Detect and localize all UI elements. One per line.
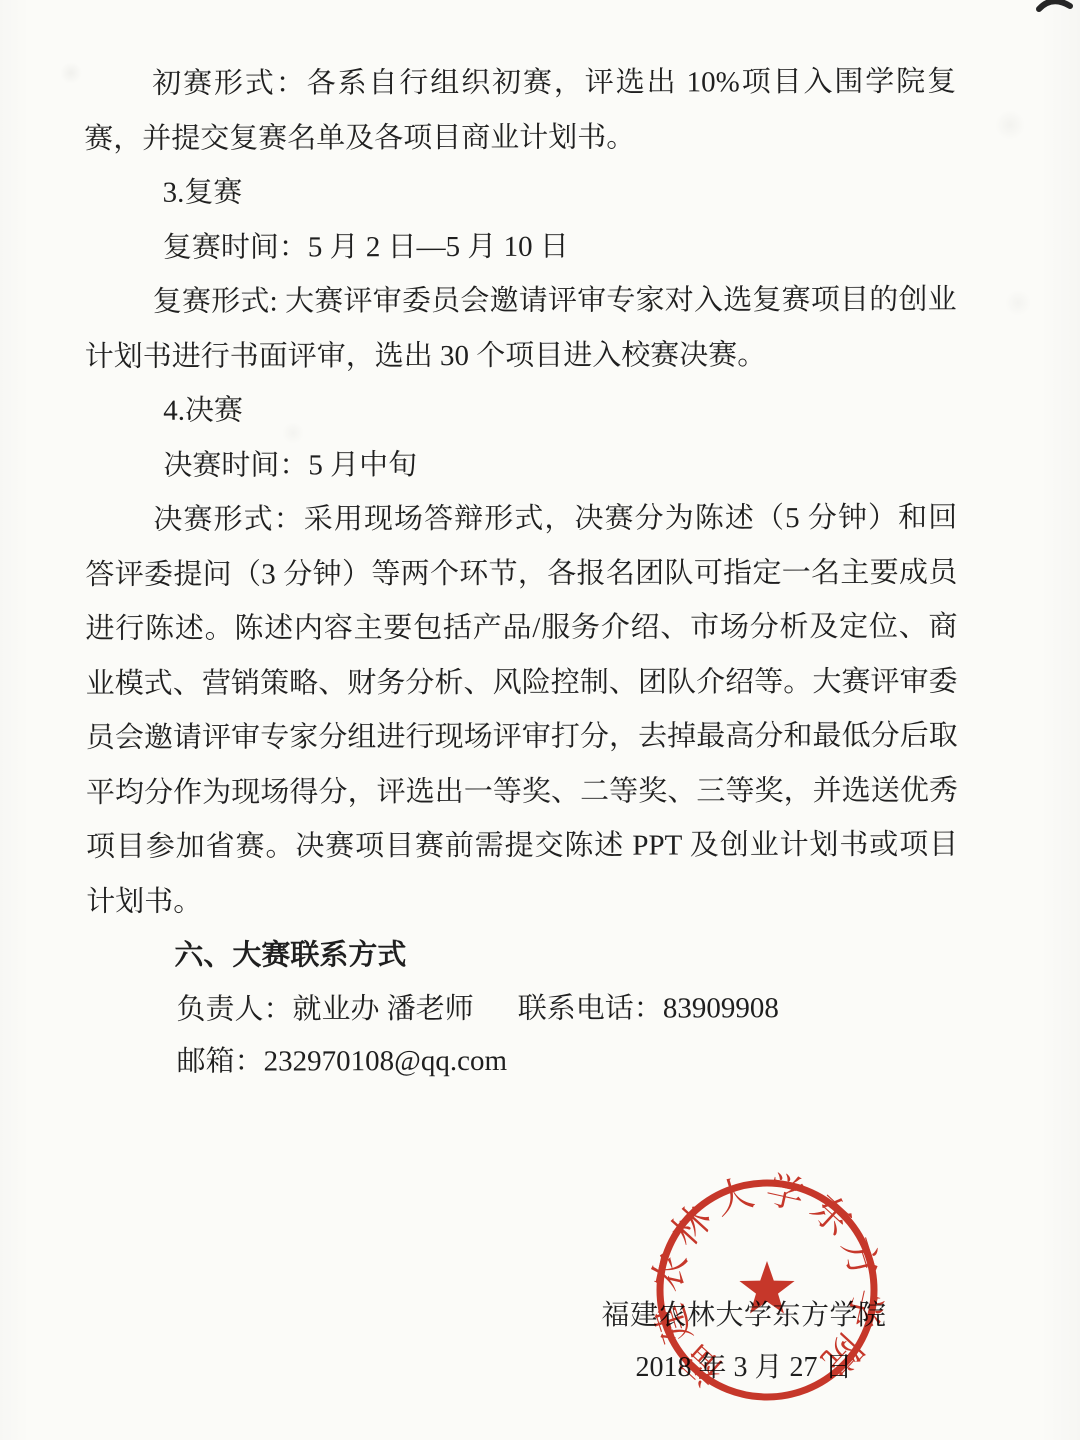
- contact-email-label: 邮箱：: [177, 1046, 264, 1078]
- contact-email-value: 232970108@qq.com: [264, 1045, 507, 1078]
- paragraph-final-title: 4.决赛: [85, 382, 957, 439]
- section-heading-contact: 六、大赛联系方式: [86, 927, 958, 984]
- paragraph-final-format: 决赛形式：采用现场答辩形式，决赛分为陈述（5 分钟）和回答评委提问（3 分钟）等…: [85, 491, 958, 929]
- scanned-document-page: 初赛形式：各系自行组织初赛，评选出 10%项目入围学院复赛，并提交复赛名单及各项…: [0, 0, 1080, 1440]
- paragraph-semifinal-format: 复赛形式: 大赛评审委员会邀请评审专家对入选复赛项目的创业计划书进行书面评审，选…: [85, 273, 957, 384]
- signature-date: 2018 年 3 月 27 日: [594, 1342, 894, 1394]
- paragraph-final-time: 决赛时间：5 月中旬: [85, 436, 957, 493]
- contact-person-label: 负责人：: [176, 993, 292, 1025]
- document-body: 初赛形式：各系自行组织初赛，评选出 10%项目入围学院复赛，并提交复赛名单及各项…: [84, 55, 959, 1089]
- contact-phone-label: 联系电话：: [518, 992, 663, 1024]
- signature-organization: 福建农林大学东方学院: [594, 1290, 894, 1342]
- contact-person-value: 就业办 潘老师: [292, 992, 473, 1024]
- contact-phone-value: 83909908: [663, 992, 779, 1024]
- contact-line-email: 邮箱：232970108@qq.com: [87, 1034, 959, 1089]
- scan-artifact-mark: [1036, 0, 1076, 14]
- contact-line-person: 负责人：就业办 潘老师联系电话：83909908: [86, 981, 958, 1036]
- paragraph-semifinal-title: 3.复赛: [84, 164, 956, 221]
- paragraph-semifinal-time: 复赛时间：5 月 2 日—5 月 10 日: [84, 218, 956, 275]
- paragraph-preliminary-format: 初赛形式：各系自行组织初赛，评选出 10%项目入围学院复赛，并提交复赛名单及各项…: [84, 55, 956, 166]
- signature-block: 福建农林大学东方学院 2018 年 3 月 27 日: [594, 1290, 894, 1394]
